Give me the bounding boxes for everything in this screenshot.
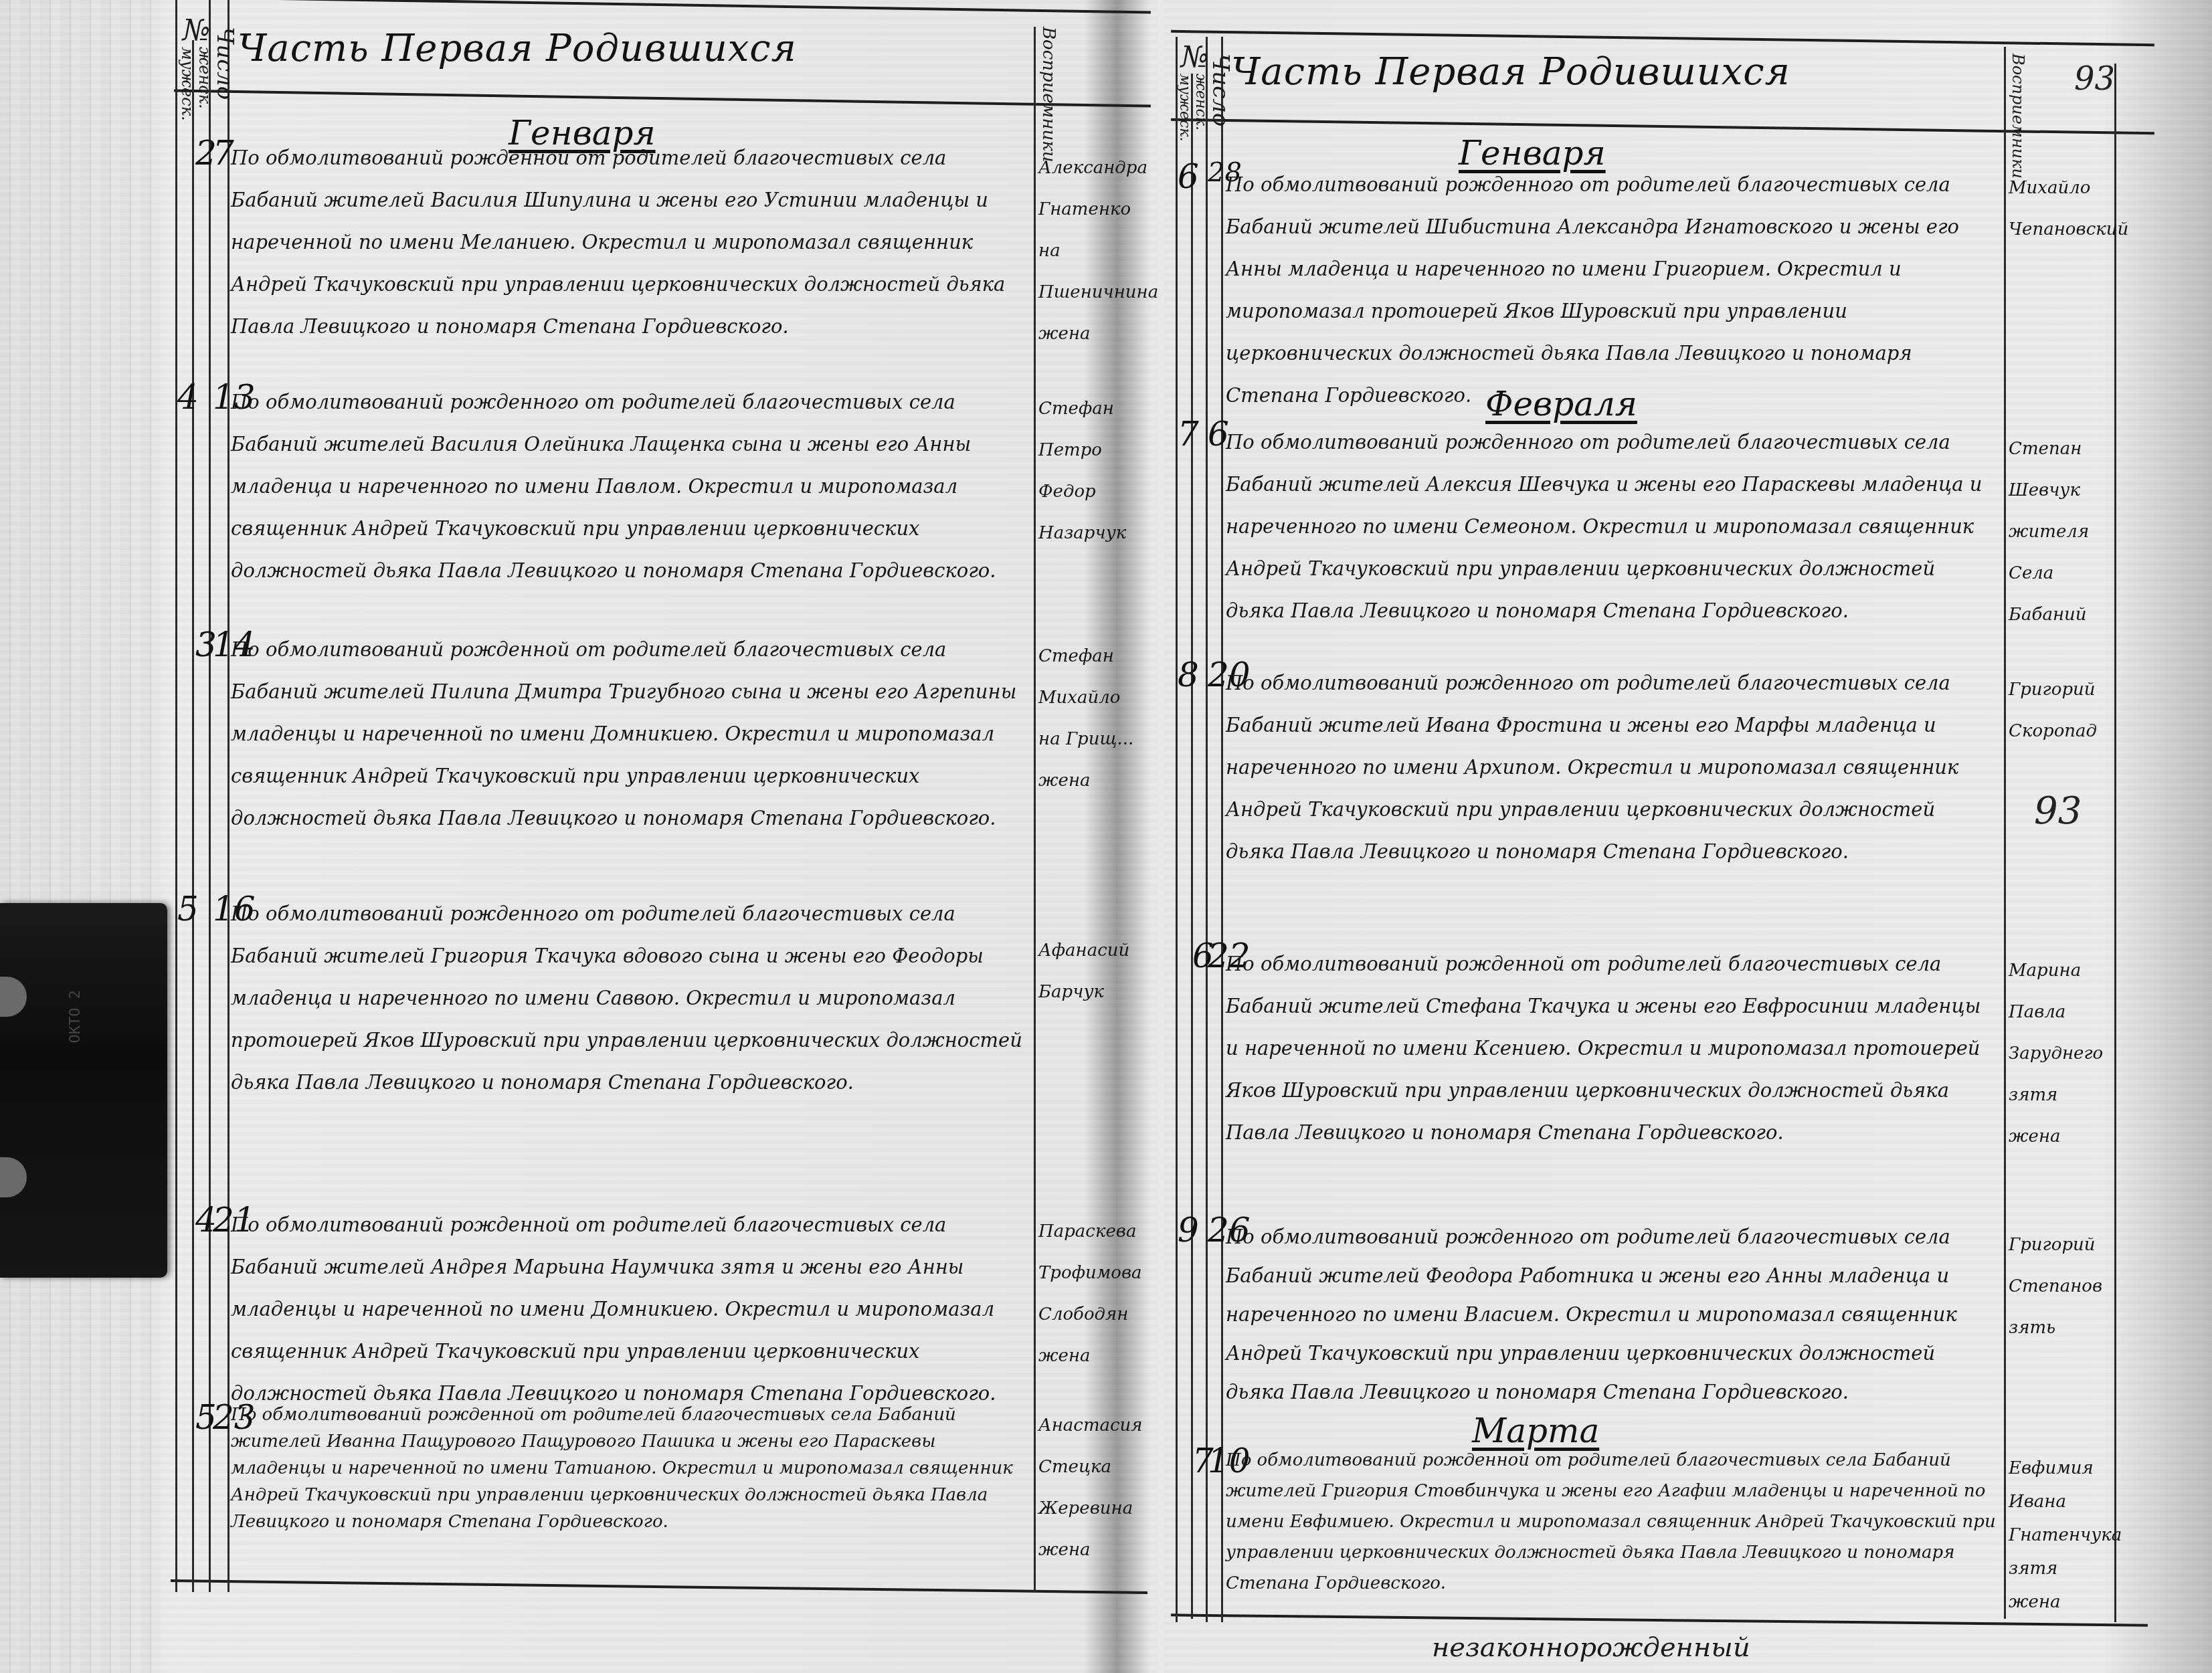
entry-text: По обмолитвований рожденной от родителей… [231,1401,1030,1535]
entry-male-number: 8 [1178,656,1199,694]
col-rule-3 [209,0,211,1592]
header-godparents: Восприемники [1038,27,1058,163]
col-rule-5 [1034,27,1036,1592]
clip-notch [0,977,27,1017]
col-rule-2 [1191,74,1193,1619]
page-title: Часть Первая Родившихся [1231,50,1790,94]
entry-male-number: 5 [177,890,199,928]
entry-text: По обмолитвований рожденной от родителей… [231,137,1030,348]
header-top-rule [1171,30,2154,47]
col-rule-4 [227,0,229,1592]
col-rule-6 [2114,64,2116,1622]
header-male: мужеск. [1176,74,1193,141]
entry-text: По обмолитвований рожденного от родителе… [231,381,1030,592]
entry-text: По обмолитвований рожденного от родителе… [1226,164,1999,417]
clip-notch [0,1157,27,1197]
header-day: Число [211,27,238,100]
binder-clip: OKTO 2 [0,903,167,1278]
col-rule-3 [1206,37,1208,1622]
clip-label: OKTO 2 [67,990,84,1043]
entry-text: По обмолитвований рожденной от родителей… [1226,943,1999,1154]
entry-godparents: Параскева Трофимова Слободян жена [1038,1211,1139,1377]
entry-male-number: 6 [1178,157,1199,196]
entry-text: По обмолитвований рожденного от родителе… [231,893,1030,1104]
header-number: № [179,13,213,47]
entry-male-number: 9 [1178,1211,1199,1250]
entry-godparents: Григорий Скоропад [2009,669,2109,752]
col-rule-2 [192,40,194,1592]
entry-godparents: Григорий Степанов зять [2009,1224,2109,1349]
entry-godparents: Анастасия Стецка Жеревина жена [1038,1405,1139,1571]
table-bottom-rule [1171,1613,2148,1626]
entry-godparents: Михайло Чепановский [2009,167,2109,250]
entry-godparents: Стефан Михайло на Грищ... жена [1038,635,1139,801]
right-page: № мужеск. женск. Число Часть Первая Роди… [1164,0,2212,1673]
left-page: № мужеск. женск. Число Часть Первая Роди… [0,0,1158,1673]
entry-godparents: Афанасий Барчук [1038,930,1139,1013]
entry-godparents: Евфимия Ивана Гнатенчука зятя жена [2009,1452,2109,1619]
col-rule-5 [2004,47,2006,1619]
col-rule-1 [1176,37,1178,1622]
entry-text: По обмолитвований рожденного от родителе… [1226,1217,1999,1411]
col-rule-1 [175,0,177,1592]
margin-page-number: 93 [2034,789,2082,833]
page-title: Часть Первая Родившихся [238,27,797,70]
header-top-rule [174,0,1151,13]
col-rule-4 [1221,37,1223,1622]
entry-male-number: 4 [177,378,199,417]
bottom-annotation: незаконнорожденный [1432,1632,1750,1663]
entry-male-number: 7 [1178,415,1199,454]
entry-text: По обмолитвований рожденной от родителей… [1226,1445,1999,1599]
entry-text: По обмолитвований рожденной от родителей… [231,1204,1030,1415]
header-bottom-rule [1171,118,2154,135]
header-godparents: Восприемники [2009,54,2027,179]
entry-text: По обмолитвований рожденного от родителе… [1226,421,1999,632]
table-bottom-rule [171,1579,1147,1594]
header-day: Число [1207,54,1234,126]
header-bottom-rule [174,90,1151,108]
header-male: мужеск. [178,47,197,121]
entry-godparents: Александра Гнатенко на Пшеничнина жена [1038,147,1139,355]
entry-godparents: Степан Шевчук жителя Села Бабаний [2009,428,2109,635]
entry-text: По обмолитвований рожденного от родителе… [1226,662,1999,873]
entry-godparents: Стефан Петро Федор Назарчук [1038,388,1139,554]
entry-godparents: Марина Павла Заруднего зятя жена [2009,950,2109,1157]
folio-number: 93 [2074,60,2115,98]
entry-text: По обмолитвований рожденной от родителей… [231,629,1030,840]
